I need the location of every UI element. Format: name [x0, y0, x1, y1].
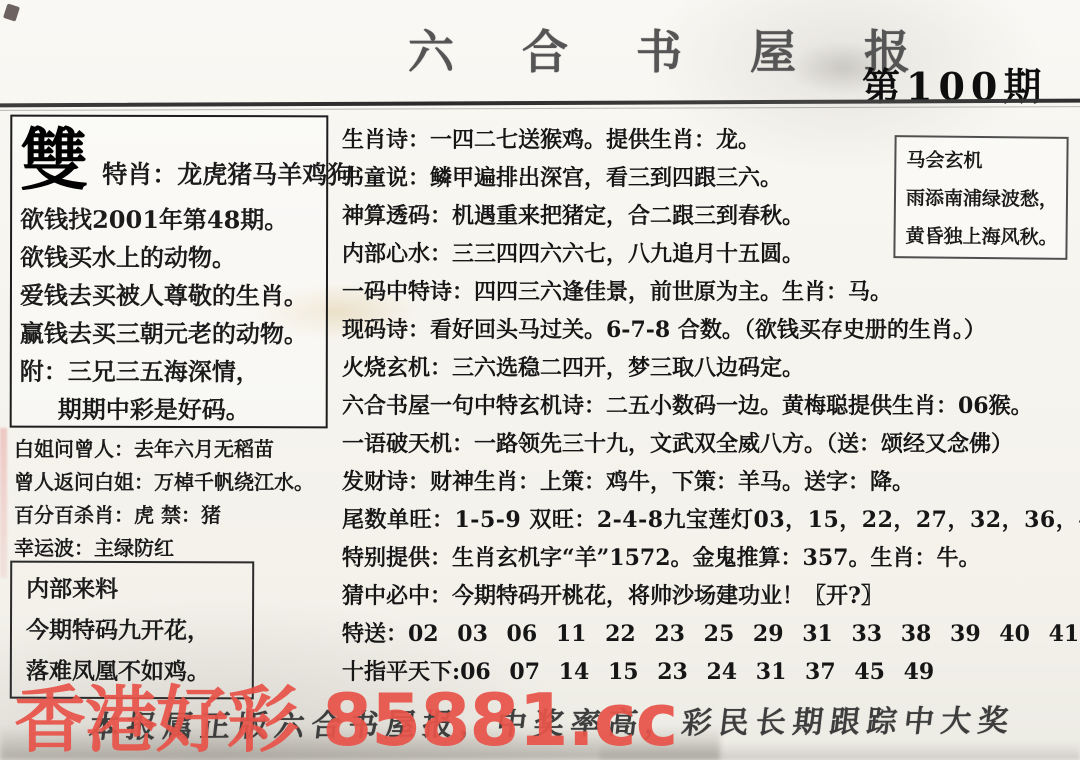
tip-line-one-code-poem: 一码中特诗：四四三六逢佳景，前世原为主。生肖：马。 — [342, 273, 1078, 311]
left-box-line: 赢钱去买三朝元老的动物。 — [20, 315, 320, 354]
tip-line-secret-revealed: 一语破天机：一路领先三十九，文武双全威八方。（送：颂经又念佛） — [342, 425, 1078, 463]
special-zodiac-box: 雙 特肖：龙虎猪马羊鸡狗 欲钱找2001年第48期。 欲钱买水上的动物。 爱钱去… — [10, 115, 329, 429]
double-character: 雙 — [20, 121, 88, 201]
scanned-lottery-sheet: 六 合 书 屋 报 第100期 雙 特肖：龙虎猪马羊鸡狗 欲钱找2001年第48… — [0, 0, 1080, 760]
tip-line-fire-mystery: 火烧玄机：三六选稳二四开，梦三取八边码定。 — [342, 349, 1078, 387]
insider-info-title: 内部来料 — [26, 569, 240, 611]
special-zodiac-label: 特肖：龙虎猪马羊鸡狗 — [102, 155, 352, 192]
tip-line-current-code-poem: 现码诗：看好回头马过关。6-7-8 合数。（欲钱买存史册的生肖。） — [342, 311, 1078, 349]
jockey-club-line: 黄昏独上海风秋。 — [905, 217, 1057, 257]
left-box-line: 附：三兄三五海深情， — [20, 353, 320, 392]
tip-line-tail-numbers: 尾数单旺：1-5-9 双旺：2-4-8九宝莲灯03，15，22，27，32，36… — [342, 501, 1078, 539]
left-box-line: 期期中彩是好码。 — [20, 391, 320, 430]
left-box-line: 欲钱找2001年第48期。 — [20, 201, 320, 240]
site-watermark: 香港好彩 85881.cc — [14, 662, 677, 760]
jockey-club-mystery-box: 马会玄机 雨添南浦绿波愁， 黄昏独上海风秋。 — [893, 135, 1068, 260]
left-notes-block: 白姐问曾人：去年六月无稻苗 曾人返问白姐：万棹千帆绕江水。 百分百杀肖：虎 禁：… — [14, 433, 336, 565]
tip-line-one-sentence-mystery: 六合书屋一句中特玄机诗：二五小数码一边。黄梅聪提供生肖：06猴。 — [342, 387, 1078, 425]
tip-line-special-offer: 特别提供：生肖玄机字“羊”1572。金鬼推算：357。生肖：牛。 — [342, 539, 1078, 577]
jockey-club-line: 雨添南浦绿波愁， — [906, 179, 1058, 219]
jockey-club-title: 马会玄机 — [906, 141, 1058, 181]
special-zodiac-headline-row: 雙 特肖：龙虎猪马羊鸡狗 — [20, 119, 320, 202]
page-title: 六 合 书 屋 报 — [408, 16, 936, 82]
insider-info-line: 今期特码九开花， — [26, 610, 240, 652]
scan-corner-mark — [3, 3, 20, 21]
left-box-line: 欲钱买水上的动物。 — [20, 239, 320, 278]
note-line: 百分百杀肖：虎 禁：猪 — [14, 499, 336, 532]
note-line: 曾人返问白姐：万棹千帆绕江水。 — [14, 466, 336, 499]
tip-line-guess-hit: 猜中必中：今期特码开桃花，将帅沙场建功业！〖开?〗 — [342, 577, 1078, 615]
note-line: 白姐问曾人：去年六月无稻苗 — [14, 433, 336, 466]
left-box-line: 爱钱去买被人尊敬的生肖。 — [20, 277, 320, 316]
tip-line-special-send-numbers: 特送：02 03 06 11 22 23 25 29 31 33 38 39 4… — [342, 615, 1078, 653]
tip-line-fortune-poem: 发财诗：财神生肖：上策：鸡牛，下策：羊马。送字：降。 — [342, 463, 1078, 501]
edge-stain — [0, 428, 7, 578]
